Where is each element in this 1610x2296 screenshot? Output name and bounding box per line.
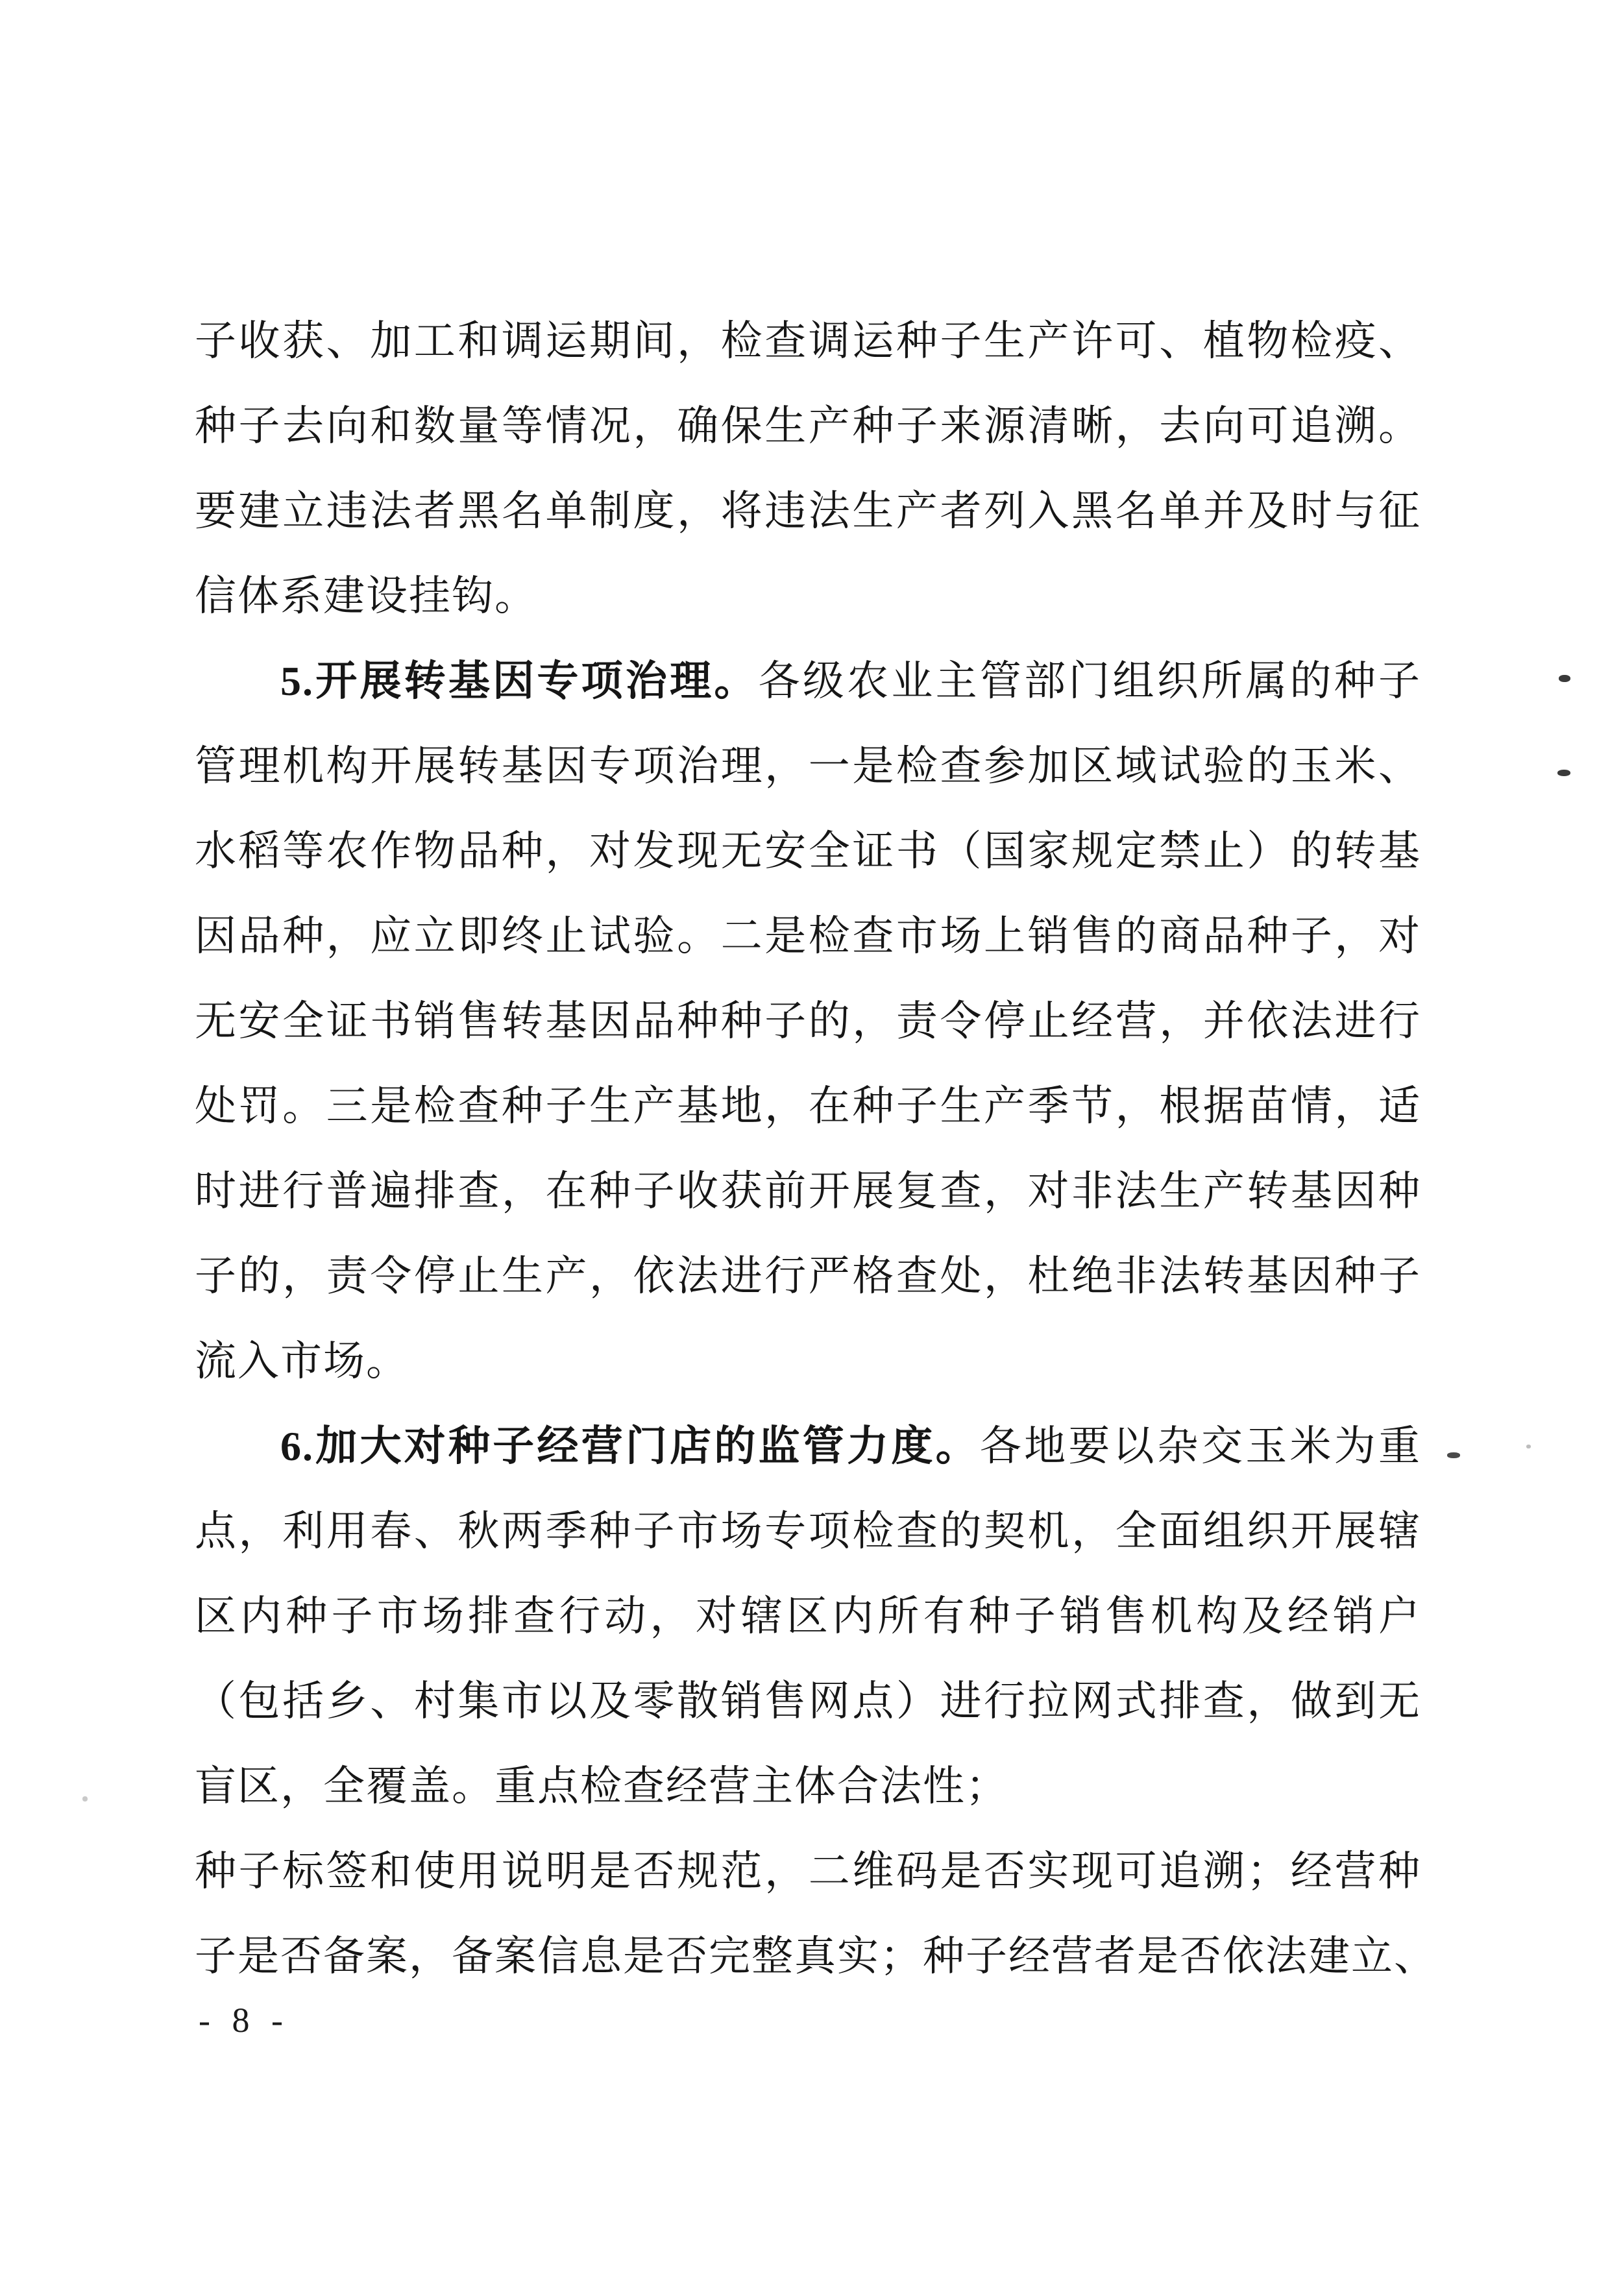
text-run: 子的，责令停止生产，依法进行严格查处，杜绝非法转基因种子 (195, 1253, 1421, 1299)
text-line: 盲区，全覆盖。重点检查经营主体合法性； (195, 1744, 1421, 1829)
text-line: 时进行普遍排查，在种子收获前开展复查，对非法生产转基因种 (195, 1149, 1421, 1234)
text-run: 各地要以杂交玉米为重 (980, 1423, 1421, 1469)
text-line: 种子去向和数量等情况，确保生产种子来源清晰，去向可追溯。 (195, 384, 1421, 469)
text-run: 盲区，全覆盖。重点检查经营主体合法性； (195, 1763, 1008, 1809)
text-run: 子是否备案，备案信息是否完整真实；种子经营者是否依法建立、 (195, 1933, 1437, 1979)
text-line: 子的，责令停止生产，依法进行严格查处，杜绝非法转基因种子 (195, 1234, 1421, 1319)
text-run: 各级农业主管部门组织所属的种子 (759, 658, 1421, 704)
scan-speck (1559, 675, 1570, 682)
scan-speck (82, 1796, 88, 1801)
scan-speck (1526, 1445, 1531, 1448)
text-line: （包括乡、村集市以及零散销售网点）进行拉网式排查，做到无 (195, 1659, 1421, 1744)
text-line: 无安全证书销售转基因品种种子的，责令停止经营，并依法进行 (195, 979, 1421, 1064)
text-line: 处罚。三是检查种子生产基地，在种子生产季节，根据苗情，适 (195, 1064, 1421, 1149)
text-line: 管理机构开展转基因专项治理，一是检查参加区域试验的玉米、 (195, 724, 1421, 809)
text-run: 管理机构开展转基因专项治理，一是检查参加区域试验的玉米、 (195, 743, 1421, 789)
text-run: 要建立违法者黑名单制度，将违法生产者列入黑名单并及时与征 (195, 488, 1421, 534)
text-line: 种子标签和使用说明是否规范，二维码是否实现可追溯；经营种 (195, 1829, 1421, 1914)
text-line: 流入市场。 (195, 1319, 1421, 1404)
text-line: 水稻等农作物品种，对发现无安全证书（国家规定禁止）的转基 (195, 809, 1421, 894)
text-line: 点，利用春、秋两季种子市场专项检查的契机，全面组织开展辖 (195, 1489, 1421, 1574)
text-line: 要建立违法者黑名单制度，将违法生产者列入黑名单并及时与征 (195, 469, 1421, 554)
text-run: 子收获、加工和调运期间，检查调运种子生产许可、植物检疫、 (195, 318, 1421, 364)
text-run: （包括乡、村集市以及零散销售网点）进行拉网式排查，做到无 (195, 1678, 1421, 1724)
section-heading-run: 6.加大对种子经营门店的监管力度。 (280, 1423, 980, 1469)
text-run: 无安全证书销售转基因品种种子的，责令停止经营，并依法进行 (195, 998, 1421, 1044)
document-body: 子收获、加工和调运期间，检查调运种子生产许可、植物检疫、种子去向和数量等情况，确… (195, 299, 1421, 1999)
page-number: - 8 - (199, 2000, 289, 2040)
text-run: 区内种子市场排查行动，对辖区内所有种子销售机构及经销户 (195, 1593, 1421, 1639)
text-run: 水稻等农作物品种，对发现无安全证书（国家规定禁止）的转基 (195, 828, 1421, 874)
text-line: 子是否备案，备案信息是否完整真实；种子经营者是否依法建立、 (195, 1914, 1421, 1999)
text-line: 5.开展转基因专项治理。各级农业主管部门组织所属的种子 (195, 639, 1421, 724)
section-heading-run: 5.开展转基因专项治理。 (280, 658, 759, 704)
text-run: 因品种，应立即终止试验。二是检查市场上销售的商品种子，对 (195, 913, 1421, 959)
scan-speck (1557, 770, 1570, 776)
text-run: 点，利用春、秋两季种子市场专项检查的契机，全面组织开展辖 (195, 1508, 1421, 1554)
text-run: 信体系建设挂钩。 (195, 573, 537, 619)
text-run: 种子去向和数量等情况，确保生产种子来源清晰，去向可追溯。 (195, 403, 1421, 449)
text-run: 种子标签和使用说明是否规范，二维码是否实现可追溯；经营种 (195, 1848, 1421, 1894)
text-line: 6.加大对种子经营门店的监管力度。各地要以杂交玉米为重 (195, 1404, 1421, 1489)
document-page: 子收获、加工和调运期间，检查调运种子生产许可、植物检疫、种子去向和数量等情况，确… (0, 0, 1610, 2296)
text-line: 子收获、加工和调运期间，检查调运种子生产许可、植物检疫、 (195, 299, 1421, 384)
text-run: 时进行普遍排查，在种子收获前开展复查，对非法生产转基因种 (195, 1168, 1421, 1214)
text-run: 处罚。三是检查种子生产基地，在种子生产季节，根据苗情，适 (195, 1083, 1421, 1129)
text-line: 因品种，应立即终止试验。二是检查市场上销售的商品种子，对 (195, 894, 1421, 979)
text-run: 流入市场。 (195, 1338, 409, 1384)
text-line: 区内种子市场排查行动，对辖区内所有种子销售机构及经销户 (195, 1574, 1421, 1659)
text-line: 信体系建设挂钩。 (195, 554, 1421, 639)
scan-speck (1447, 1452, 1460, 1458)
